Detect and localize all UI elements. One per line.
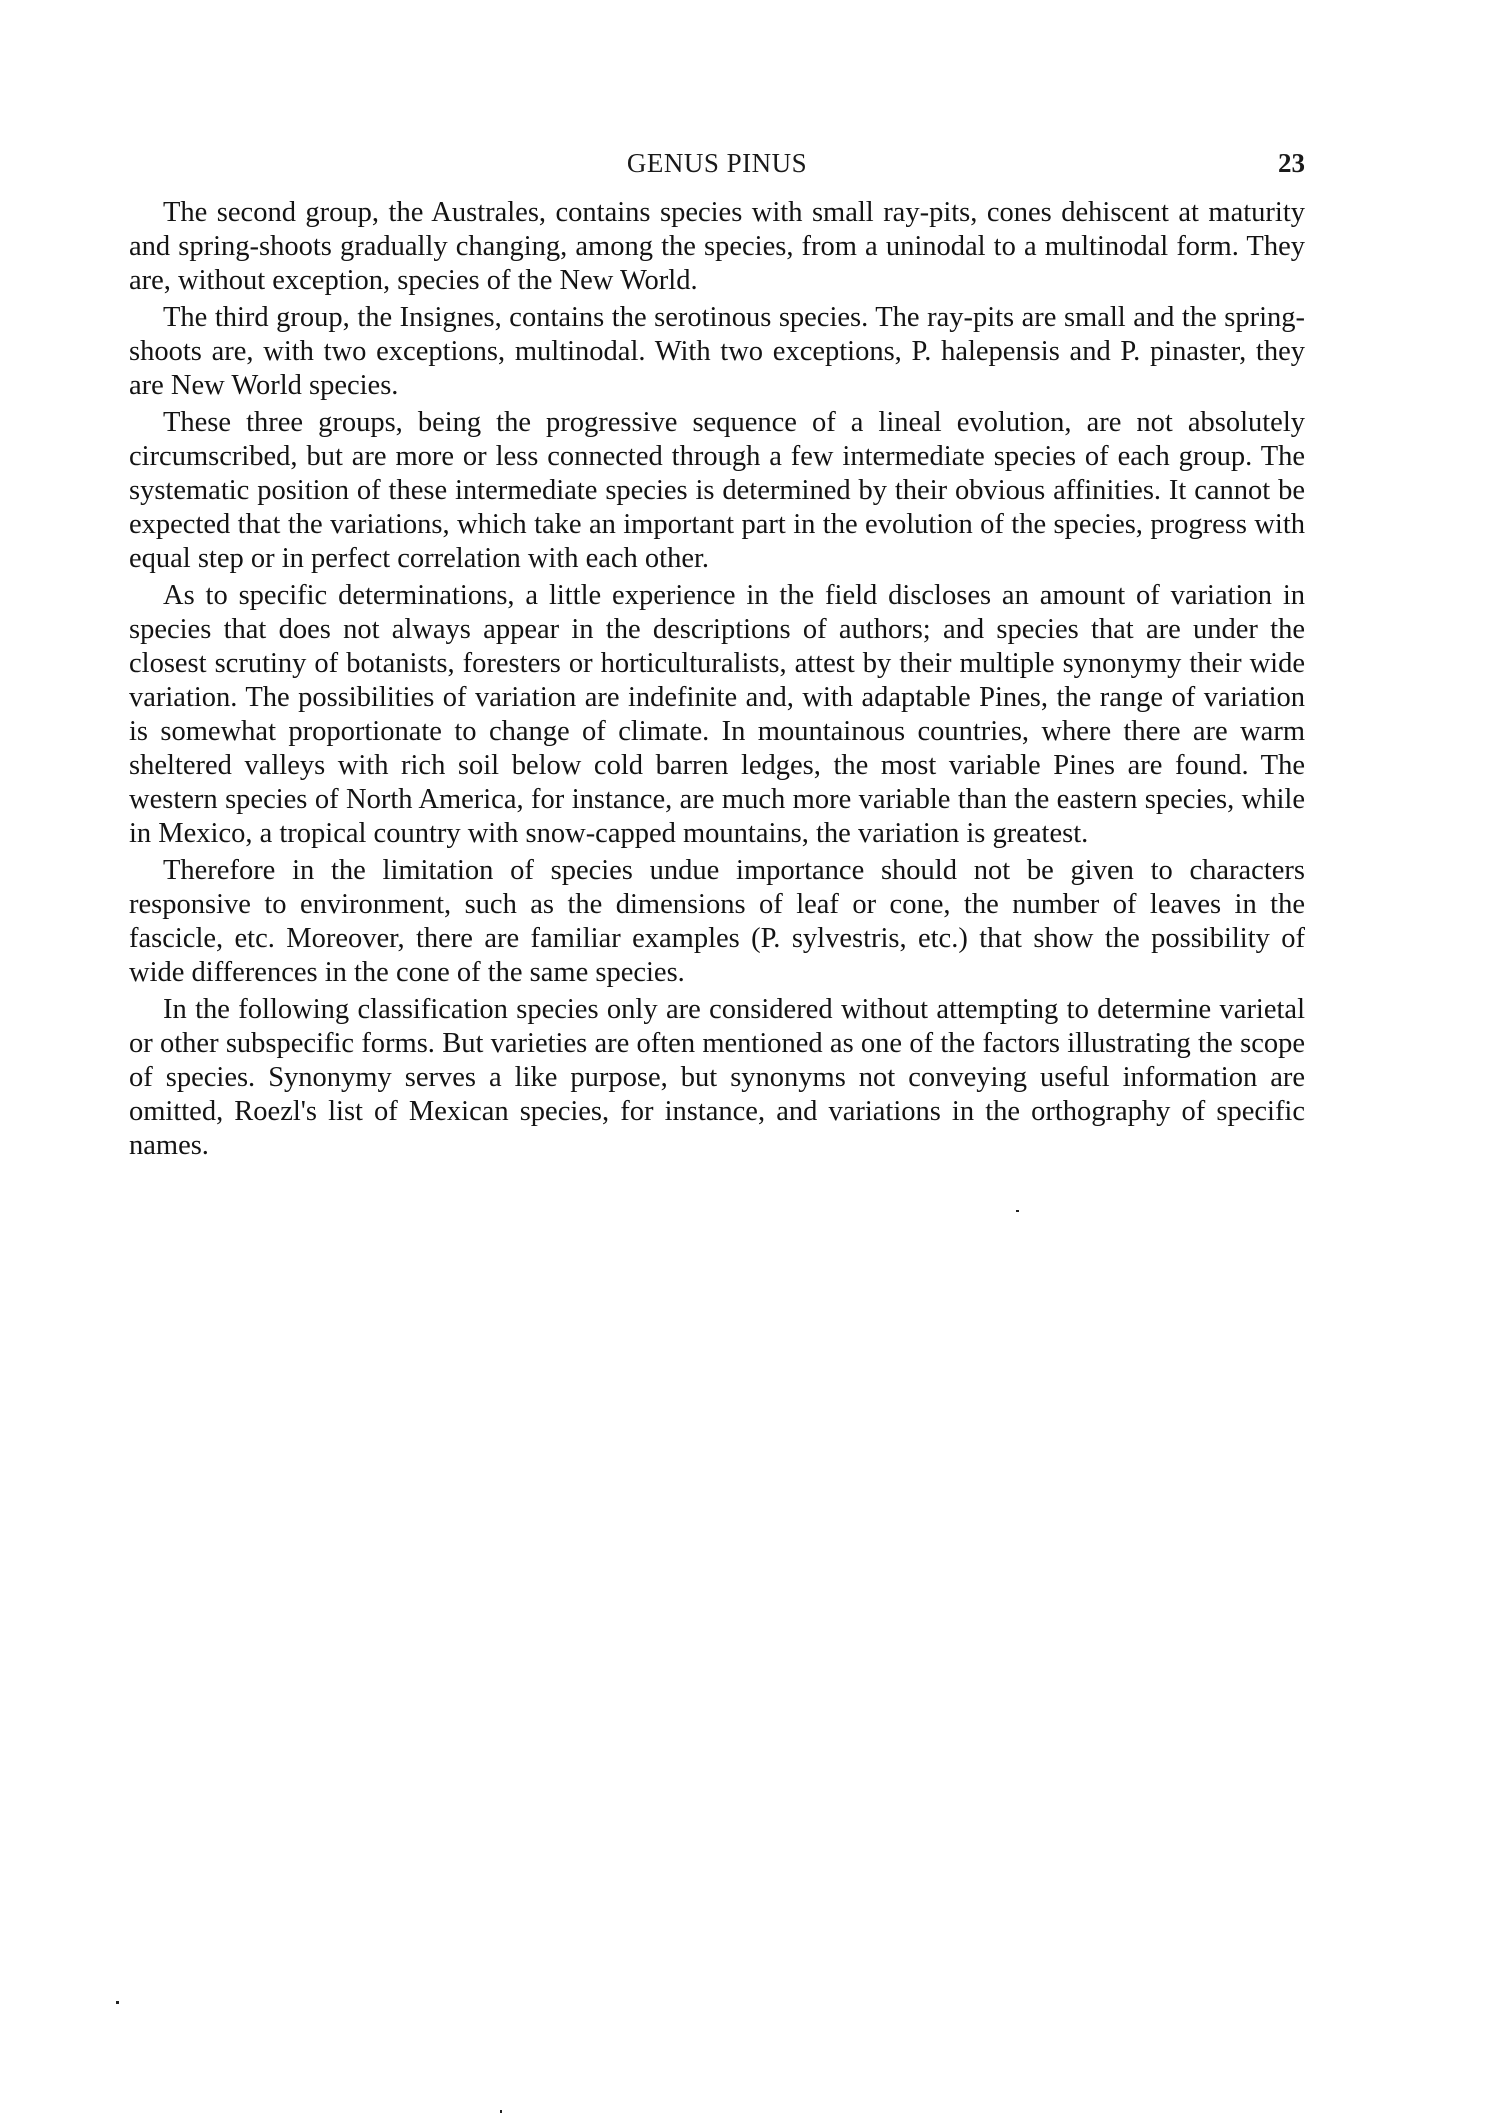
paragraph-limitation-of-species: Therefore in the limitation of species u…	[129, 854, 1305, 990]
scan-speck	[116, 2001, 119, 2004]
page-header: GENUS PINUS 23	[129, 146, 1305, 180]
paragraph-australes: The second group, the Australes, contain…	[129, 196, 1305, 298]
body-text: The second group, the Australes, contain…	[129, 196, 1305, 1166]
paragraph-specific-determinations: As to specific determinations, a little …	[129, 579, 1305, 851]
running-title: GENUS PINUS	[129, 146, 1305, 180]
scan-speck	[500, 2110, 502, 2113]
paragraph-insignes: The third group, the Insignes, contains …	[129, 301, 1305, 403]
scan-speck	[1016, 1210, 1019, 1212]
page-number: 23	[1278, 146, 1305, 180]
paragraph-three-groups: These three groups, being the progressiv…	[129, 406, 1305, 576]
paragraph-classification-scope: In the following classification species …	[129, 993, 1305, 1163]
